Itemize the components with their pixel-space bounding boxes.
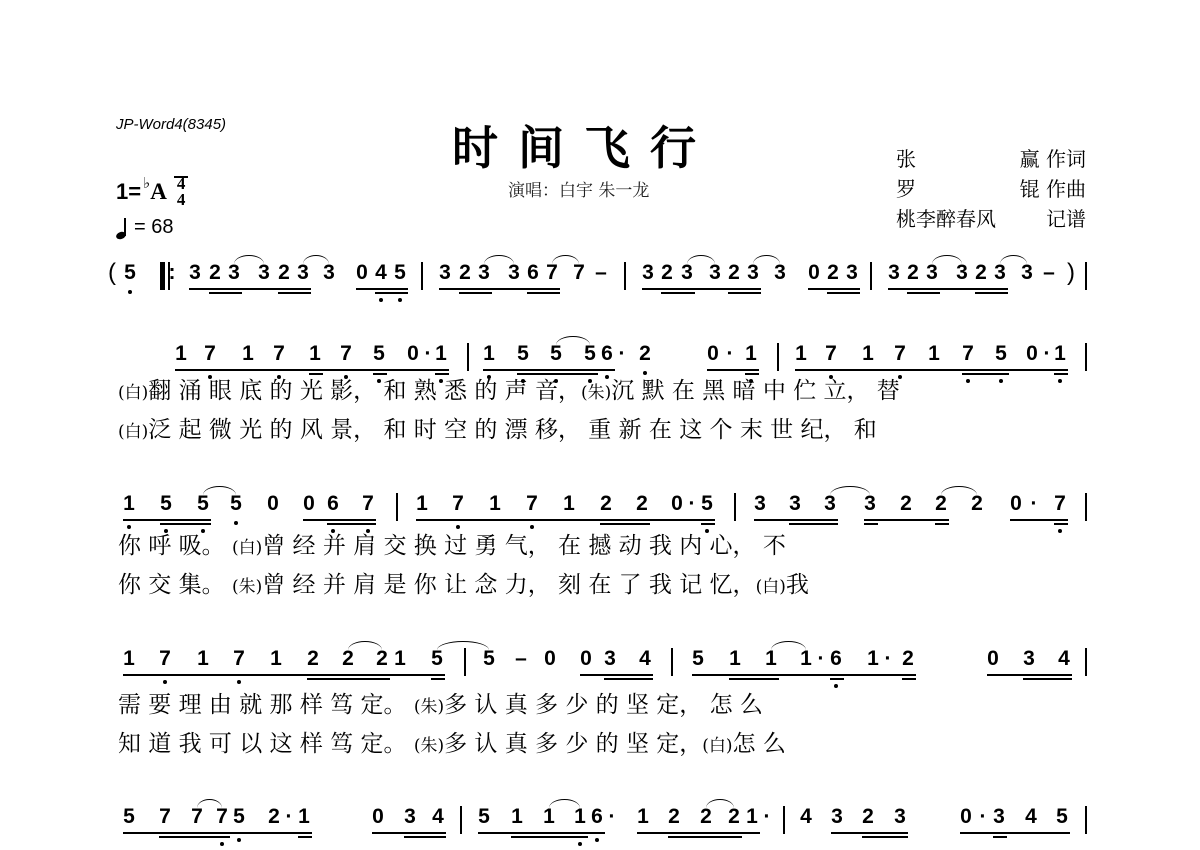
note: 2 (905, 262, 921, 284)
note: 4 (637, 648, 653, 670)
lyric-text: 多 认 真 多 少 的 坚 定， (444, 731, 702, 757)
underline (307, 678, 390, 680)
note: 3 (476, 262, 492, 284)
note: 7 (157, 806, 173, 828)
underline (159, 836, 230, 838)
barline (671, 648, 673, 676)
singer-role-marker: (朱) (232, 577, 262, 597)
note: 1 (763, 648, 779, 670)
note: 7 (450, 493, 466, 515)
note: 0 (578, 648, 594, 670)
underline (1054, 523, 1068, 525)
slur-tie (203, 486, 236, 495)
note: 1 (1052, 343, 1068, 365)
note: 1 (487, 493, 503, 515)
note: – (593, 262, 609, 284)
note: 5 (392, 262, 408, 284)
note: 1 (268, 648, 284, 670)
slur-tie (932, 255, 962, 264)
underline (478, 832, 605, 834)
note: 7 (524, 493, 540, 515)
note: 1 (195, 648, 211, 670)
note: 7 (189, 806, 205, 828)
lyric-text: 曾 经 并 肩 交 换 过 勇 气， 在 撼 动 我 内 心， 不 (262, 533, 786, 559)
note: 0 (958, 806, 974, 828)
slur-tie (197, 799, 222, 808)
note: 3 (787, 493, 803, 515)
note: 2 (207, 262, 223, 284)
underline (962, 373, 1009, 375)
note: 0 (705, 343, 721, 365)
note: 2 (266, 806, 282, 828)
underline (527, 292, 560, 294)
underline (600, 523, 650, 525)
note: 3 (862, 493, 878, 515)
note: 6 (589, 806, 605, 828)
slur-tie (484, 255, 514, 264)
underline (517, 373, 598, 375)
underline (416, 519, 715, 521)
note: 1 (541, 806, 557, 828)
note: 3 (187, 262, 203, 284)
note: · (880, 648, 896, 670)
note: 2 (973, 262, 989, 284)
note: 3 (402, 806, 418, 828)
note: 5 (158, 493, 174, 515)
note: 1 (481, 343, 497, 365)
note: ) (1063, 262, 1079, 284)
underline (278, 292, 311, 294)
underline (729, 678, 779, 680)
underline (1010, 519, 1068, 521)
underline (303, 519, 376, 521)
flat-icon: ♭ (143, 174, 150, 192)
barline (1085, 262, 1087, 290)
slur-tie (303, 255, 329, 264)
lyric-line: 你 呼 吸。 (白)曾 经 并 肩 交 换 过 勇 气， 在 撼 动 我 内 心… (118, 533, 786, 561)
note: 4 (430, 806, 446, 828)
note: 4 (798, 806, 814, 828)
note: 3 (640, 262, 656, 284)
underline (175, 369, 449, 371)
lower-octave-dot (379, 298, 383, 302)
note: 0 (1024, 343, 1040, 365)
underline (123, 519, 211, 521)
lower-octave-dot (530, 525, 534, 529)
note: 1 (121, 648, 137, 670)
lower-octave-dot (237, 838, 241, 842)
barline (1085, 343, 1087, 371)
note: 1 (572, 806, 588, 828)
note: 3 (886, 262, 902, 284)
barline (396, 493, 398, 521)
lyric-text: 你 呼 吸。 (118, 533, 232, 559)
slur-tie (549, 799, 580, 808)
underline (309, 373, 323, 375)
quarter-note-icon (116, 217, 128, 239)
note: 3 (745, 262, 761, 284)
note: 4 (373, 262, 389, 284)
underline (728, 292, 761, 294)
note: 3 (772, 262, 788, 284)
underline (637, 832, 760, 834)
underline (604, 678, 653, 680)
singers-line: 演唱：白宇 朱一龙 (508, 176, 649, 201)
note: 3 (226, 262, 242, 284)
note: 5 (690, 648, 706, 670)
underline (431, 678, 445, 680)
note: 7 (823, 343, 839, 365)
song-title: 时间飞行 (452, 112, 716, 178)
underline (864, 523, 878, 525)
note: 3 (506, 262, 522, 284)
note: 0 (370, 806, 386, 828)
note: 5 (476, 806, 492, 828)
note: 3 (1019, 262, 1035, 284)
note: 3 (256, 262, 272, 284)
note: · (975, 806, 991, 828)
note: 3 (602, 648, 618, 670)
note: 5 (993, 343, 1009, 365)
note: 6 (325, 493, 341, 515)
note: – (513, 648, 529, 670)
note: 2 (637, 343, 653, 365)
tempo-marking: = 68 (116, 216, 174, 239)
note: 2 (276, 262, 292, 284)
note: 3 (822, 493, 838, 515)
underline (862, 836, 908, 838)
underline (160, 523, 211, 525)
note: 1 (121, 493, 137, 515)
underline (298, 836, 312, 838)
barline (421, 262, 423, 290)
note: 5 (548, 343, 564, 365)
underline (960, 832, 1070, 834)
underline (701, 523, 715, 525)
lyric-line: 知 道 我 可 以 这 样 笃 定。 (朱)多 认 真 多 少 的 坚 定，(白… (118, 731, 786, 759)
note: 2 (933, 493, 949, 515)
underline (907, 292, 940, 294)
singer-role-marker: (朱) (414, 736, 444, 756)
lyricist-credit: 张 赢 作词 (896, 144, 1086, 174)
underline (189, 288, 311, 290)
barline (467, 343, 469, 371)
slur-tie (234, 255, 264, 264)
underline (375, 292, 408, 294)
barline (464, 648, 466, 676)
lyric-line: 你 交 集。 (朱)曾 经 并 肩 是 你 让 念 力， 刻 在 了 我 记 忆… (118, 572, 809, 600)
underline (1054, 373, 1068, 375)
note: 7 (960, 343, 976, 365)
underline (404, 836, 446, 838)
note: 7 (214, 806, 230, 828)
underline (668, 836, 742, 838)
underline (373, 373, 387, 375)
note: 2 (726, 262, 742, 284)
lower-octave-dot (398, 298, 402, 302)
lower-octave-dot (1058, 379, 1062, 383)
note: · (759, 806, 775, 828)
note: 5 (228, 493, 244, 515)
note: 2 (898, 493, 914, 515)
note: · (614, 343, 630, 365)
lyric-text: 曾 经 并 肩 是 你 让 念 力， 刻 在 了 我 记 忆， (262, 572, 755, 598)
lyric-text: 泛 起 微 光 的 风 景， 和 时 空 的 漂 移， 重 新 在 这 个 末 … (148, 417, 877, 443)
barline (1085, 648, 1087, 676)
note: 5 (1054, 806, 1070, 828)
note: 2 (659, 262, 675, 284)
note: 1 (860, 343, 876, 365)
underline (864, 519, 949, 521)
note: 0 (669, 493, 685, 515)
note: 3 (679, 262, 695, 284)
note: 5 (195, 493, 211, 515)
note: 2 (825, 262, 841, 284)
lower-octave-dot (127, 525, 131, 529)
note: 0 (301, 493, 317, 515)
note: 3 (437, 262, 453, 284)
note: 1 (240, 343, 256, 365)
note: · (684, 493, 700, 515)
barline (783, 806, 785, 834)
note: 6 (828, 648, 844, 670)
note: 5 (371, 343, 387, 365)
note: 5 (515, 343, 531, 365)
note: 2 (726, 806, 742, 828)
note: 5 (699, 493, 715, 515)
note: 1 (743, 343, 759, 365)
note: 1 (727, 648, 743, 670)
note: 5 (582, 343, 598, 365)
note: 1 (296, 806, 312, 828)
note: 2 (860, 806, 876, 828)
barline (624, 262, 626, 290)
note: 3 (924, 262, 940, 284)
note: 2 (666, 806, 682, 828)
underline (327, 523, 376, 525)
slur-tie (348, 641, 382, 650)
composer-credit: 罗 锟 作曲 (896, 174, 1086, 204)
slur-tie (771, 641, 806, 650)
slur-tie (556, 336, 590, 345)
note: 0 (265, 493, 281, 515)
slur-tie (437, 641, 489, 650)
barline (777, 343, 779, 371)
note: 5 (481, 648, 497, 670)
note: 3 (892, 806, 908, 828)
note: 7 (544, 262, 560, 284)
note: 7 (1052, 493, 1068, 515)
lyric-text: 你 交 集。 (118, 572, 232, 598)
barline (1085, 493, 1087, 521)
underline (439, 288, 560, 290)
underline (209, 292, 242, 294)
underline (1023, 678, 1072, 680)
slur-tie (1000, 255, 1027, 264)
note: 0 (542, 648, 558, 670)
underline (123, 832, 312, 834)
slur-tie (941, 486, 977, 495)
note: 6 (599, 343, 615, 365)
lyric-text: 怎 么 (733, 731, 786, 757)
underline (459, 292, 492, 294)
note: · (813, 648, 829, 670)
note: ( (104, 262, 120, 284)
lyric-line: (白)翻 涌 眼 底 的 光 影， 和 熟 悉 的 声 音，(朱)沉 默 在 黑… (118, 378, 900, 406)
underline (902, 678, 916, 680)
note: 2 (969, 493, 985, 515)
note: 3 (991, 806, 1007, 828)
lower-octave-dot (999, 379, 1003, 383)
credits-block: 张 赢 作词 罗 锟 作曲 桃李醉春风 记谱 (896, 144, 1086, 234)
note: 5 (429, 648, 445, 670)
note: 5 (121, 806, 137, 828)
note: 3 (321, 262, 337, 284)
note: 1 (307, 343, 323, 365)
lower-octave-dot (578, 842, 582, 846)
note: 2 (598, 493, 614, 515)
note: 1 (561, 493, 577, 515)
key-signature: 1 = ♭ A 4 4 (116, 176, 185, 208)
lower-octave-dot (456, 525, 460, 529)
underline (707, 369, 759, 371)
slur-tie (753, 255, 780, 264)
lyric-text: 我 (786, 572, 809, 598)
underline (827, 292, 860, 294)
barline (870, 262, 872, 290)
underline (661, 292, 695, 294)
note: · (604, 806, 620, 828)
lower-octave-dot (1058, 529, 1062, 533)
note: 1 (926, 343, 942, 365)
underline (580, 674, 653, 676)
time-signature: 4 4 (177, 176, 186, 208)
transcriber-credit: 桃李醉春风 记谱 (896, 204, 1086, 234)
note: 0 (354, 262, 370, 284)
note: 2 (374, 648, 390, 670)
note: 2 (634, 493, 650, 515)
lyric-text: 翻 涌 眼 底 的 光 影， 和 熟 悉 的 声 音， (148, 378, 581, 404)
singer-role-marker: (白) (118, 383, 148, 403)
note: 4 (1023, 806, 1039, 828)
underline (483, 369, 615, 371)
note: 3 (992, 262, 1008, 284)
slur-tie (687, 255, 715, 264)
singer-role-marker: (朱) (581, 383, 611, 403)
note: 3 (829, 806, 845, 828)
note: : (164, 262, 180, 284)
note: 3 (844, 262, 860, 284)
underline (692, 674, 916, 676)
note: 5 (231, 806, 247, 828)
underline (356, 288, 408, 290)
note: 7 (271, 343, 287, 365)
note: 7 (892, 343, 908, 365)
underline (372, 832, 446, 834)
lower-octave-dot (834, 684, 838, 688)
note: 7 (202, 343, 218, 365)
note: – (1041, 262, 1057, 284)
singer-role-marker: (白) (232, 538, 262, 558)
note: 6 (525, 262, 541, 284)
note: 3 (752, 493, 768, 515)
lyric-text: 需 要 理 由 就 那 样 笃 定。 (118, 692, 414, 718)
lyric-line: (白)泛 起 微 光 的 风 景， 和 时 空 的 漂 移， 重 新 在 这 个… (118, 417, 877, 445)
lower-octave-dot (163, 680, 167, 684)
singer-role-marker: (白) (756, 577, 786, 597)
underline (642, 288, 761, 290)
note: · (281, 806, 297, 828)
note: 3 (295, 262, 311, 284)
barline (460, 806, 462, 834)
slur-tie (552, 255, 579, 264)
underline (435, 373, 449, 375)
underline (830, 678, 844, 680)
lyric-text: 沉 默 在 黑 暗 中 伫 立， 替 (611, 378, 900, 404)
note: 1 (173, 343, 189, 365)
note: 7 (360, 493, 376, 515)
lyric-text: 知 道 我 可 以 这 样 笃 定。 (118, 731, 414, 757)
note: · (722, 343, 738, 365)
lower-octave-dot (643, 371, 647, 375)
note: 7 (231, 648, 247, 670)
singer-role-marker: (白) (118, 422, 148, 442)
slur-tie (706, 799, 734, 808)
underline (935, 523, 949, 525)
note: 1 (865, 648, 881, 670)
note: 1 (793, 343, 809, 365)
underline (808, 288, 860, 290)
underline (745, 373, 759, 375)
underline (888, 288, 1008, 290)
lower-octave-dot (237, 680, 241, 684)
note: 0 (806, 262, 822, 284)
underline (754, 519, 838, 521)
lower-octave-dot (966, 379, 970, 383)
underline (993, 836, 1007, 838)
note: 7 (157, 648, 173, 670)
note: 4 (1056, 648, 1072, 670)
note: 0 (985, 648, 1001, 670)
note: 1 (798, 648, 814, 670)
underline (123, 674, 445, 676)
note: 2 (305, 648, 321, 670)
lower-octave-dot (234, 521, 238, 525)
note: 0 (405, 343, 421, 365)
lower-octave-dot (220, 842, 224, 846)
note: · (1026, 493, 1042, 515)
note: 0 (1008, 493, 1024, 515)
note: 3 (707, 262, 723, 284)
note: 1 (392, 648, 408, 670)
lyric-line: 需 要 理 由 就 那 样 笃 定。 (朱)多 认 真 多 少 的 坚 定， 怎… (118, 692, 763, 720)
underline (511, 836, 588, 838)
note: 3 (954, 262, 970, 284)
note: 3 (1021, 648, 1037, 670)
slur-tie (830, 486, 870, 495)
note: 2 (340, 648, 356, 670)
underline (789, 523, 838, 525)
note: 7 (338, 343, 354, 365)
note: 2 (457, 262, 473, 284)
underline (795, 369, 1068, 371)
note: 1 (433, 343, 449, 365)
underline (975, 292, 1008, 294)
note: 2 (900, 648, 916, 670)
lower-octave-dot (595, 838, 599, 842)
note: 7 (571, 262, 587, 284)
lower-octave-dot (128, 290, 132, 294)
